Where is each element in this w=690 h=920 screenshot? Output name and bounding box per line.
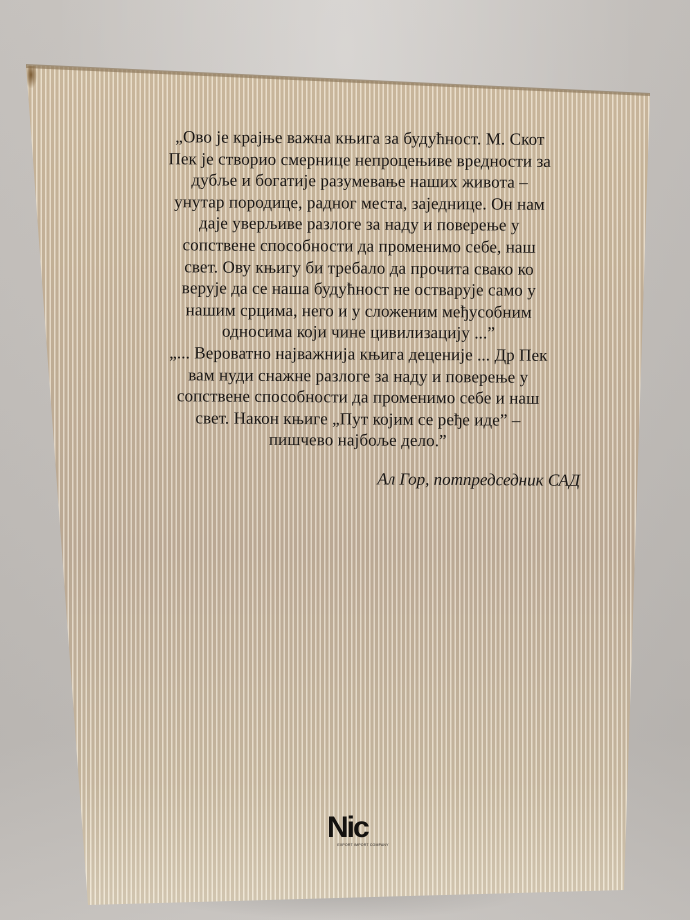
blurb-line: верује да се наша будућност не остварује… (139, 277, 579, 302)
blurb-quote: „Ово је крајње важна књига за будућност.… (138, 126, 580, 453)
blurb-line: односима који чине цивилизацију ...” (138, 320, 578, 345)
blurb-line: пишчево најбоље дело.” (138, 428, 578, 453)
blurb-line: Пек је створио смернице непроцењиве вред… (140, 148, 580, 173)
blurb-line: сопствене способности да променимо себе … (138, 385, 578, 410)
blurb-line: „... Вероватно најважнија књига деценије… (138, 342, 578, 367)
blurb-line: унутар породице, радног места, заједнице… (139, 191, 579, 216)
blurb-line: нашим срцима, него и у сложеним међусобн… (139, 299, 579, 324)
quote-attribution: Ал Гор, потпредседник САД (340, 469, 580, 491)
publisher-logo-mark: Nic (327, 813, 368, 843)
publisher-logo: Nic EXPORT IMPORT COMPANY (327, 813, 399, 853)
blurb-line: дубље и богатије разумевање наших живота… (140, 169, 580, 194)
blurb-line: свет. Након књиге „Пут којим се ређе иде… (138, 407, 578, 432)
corner-wear-mark (27, 66, 37, 88)
blurb-line: „Ово је крајње важна књига за будућност.… (140, 126, 580, 151)
blurb-line: свет. Ову књигу би требало да прочита св… (139, 256, 579, 281)
blurb-line: сопствене способности да променимо себе,… (139, 234, 579, 259)
publisher-logo-subtitle: EXPORT IMPORT COMPANY (327, 843, 399, 847)
blurb-line: даје уверљиве разлоге за наду и поверење… (139, 212, 579, 237)
blurb-line: вам нуди снажне разлоге за наду и повере… (138, 364, 578, 389)
